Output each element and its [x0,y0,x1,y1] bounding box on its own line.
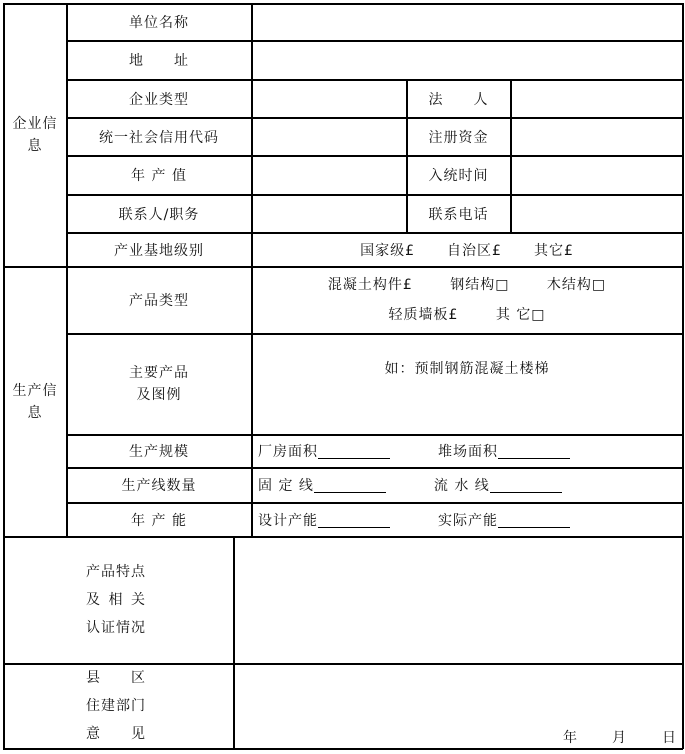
label-stats-date: 入统时间 [407,156,510,194]
label-main-products: 主要产品 及图例 [67,334,251,434]
label-line: 产 品 特 点 [86,558,146,586]
product-type-row-2: 轻质墙板£ 其 它□ [372,300,561,330]
base-level-options: 国家级£ 自治区£ 其它£ [252,233,682,266]
assembly-line-input[interactable] [490,477,562,493]
label-line: 认 证 情 况 [86,614,146,642]
option-other[interactable]: 其它£ [534,240,574,260]
section-label-text: 生产信 [13,380,58,402]
option-steel-structure[interactable]: 钢结构□ [450,277,509,293]
contact-field[interactable] [252,195,406,232]
label-production-scale: 生产规模 [67,435,251,467]
label-base-level: 产业基地级别 [67,233,251,266]
label-annual-output: 年 产 值 [67,156,251,194]
char: 点 [131,558,146,586]
main-products-field[interactable]: 如：预制钢筋混凝土楼梯 [252,334,682,434]
section-label-text: 息 [28,402,43,424]
date-month: 月 [612,727,626,747]
fixed-line-input[interactable] [314,477,386,493]
option-other-product[interactable]: 其 它□ [496,307,546,323]
section-label-text: 息 [28,135,43,157]
char: 况 [131,614,146,642]
label-text: 及图例 [137,384,182,406]
section-label-text: 企业信 [13,113,58,135]
label-legal-person: 法 人 [407,80,510,117]
annual-output-field[interactable] [252,156,406,194]
char: 门 [131,692,146,720]
label-line: 意 见 [86,720,146,748]
char: 县 [86,664,101,692]
label-county-opinion: 县 区 住 建 部 门 意 见 [86,664,146,748]
design-capacity-input[interactable] [318,512,390,528]
option-national[interactable]: 国家级£ [360,240,415,260]
char: 相 [109,586,124,614]
label-enterprise-type: 企业类型 [67,80,251,117]
enterprise-info-form: 企业信 息 单位名称 地 址 企业类型 法 人 统一社会信用代码 注册资金 年 … [0,0,685,754]
line-count-fields: 固 定 线 流 水 线 [258,468,682,502]
label-registered-capital: 注册资金 [407,118,510,155]
label-annual-capacity: 年 产 能 [67,503,251,536]
border-right [682,3,684,749]
label-phone: 联系电话 [407,195,510,232]
char: 特 [116,558,131,586]
label-product-type: 产品类型 [67,267,251,333]
label-line-count: 生产线数量 [67,468,251,502]
unit-name-field[interactable] [252,4,682,40]
border-bottom [3,748,683,750]
legal-person-field[interactable] [511,80,682,117]
date-day: 日 [662,727,676,747]
char: 部 [116,692,131,720]
option-light-wall-panel[interactable]: 轻质墙板£ [388,307,458,323]
char: 见 [131,720,146,748]
char: 关 [131,586,146,614]
char: 情 [116,614,131,642]
char: 建 [101,692,116,720]
enterprise-type-field[interactable] [252,80,406,117]
actual-capacity-label: 实际产能 [438,510,498,530]
label-product-features: 产 品 特 点 及 相 关 认 证 情 况 [86,558,146,642]
char: 证 [101,614,116,642]
actual-capacity-input[interactable] [498,512,570,528]
main-products-example: 如：预制钢筋混凝土楼梯 [385,361,550,377]
factory-area-label: 厂房面积 [258,441,318,461]
product-features-field[interactable] [234,537,682,663]
option-autonomous-region[interactable]: 自治区£ [447,240,502,260]
char: 区 [131,664,146,692]
phone-field[interactable] [511,195,682,232]
label-line: 县 区 [86,664,146,692]
label-line: 住 建 部 门 [86,692,146,720]
production-section-label: 生产信 息 [4,267,66,536]
address-field[interactable] [252,41,682,79]
assembly-line-label: 流 水 线 [434,475,490,495]
char: 及 [86,586,101,614]
label-line: 及 相 关 [86,586,146,614]
factory-area-input[interactable] [318,443,390,459]
enterprise-section-label: 企业信 息 [4,4,66,266]
label-unit-name: 单位名称 [67,4,251,40]
label-text: 主要产品 [129,362,189,384]
credit-code-field[interactable] [252,118,406,155]
char: 产 [86,558,101,586]
label-credit-code: 统一社会信用代码 [67,118,251,155]
design-capacity-label: 设计产能 [258,510,318,530]
product-type-options: 混凝土构件£ 钢结构□ 木结构□ 轻质墙板£ 其 它□ [252,267,682,333]
product-type-row-1: 混凝土构件£ 钢结构□ 木结构□ [312,270,622,300]
stats-date-field[interactable] [511,156,682,194]
yard-area-label: 堆场面积 [438,441,498,461]
fixed-line-label: 固 定 线 [258,475,314,495]
char: 认 [86,614,101,642]
capacity-fields: 设计产能 实际产能 [258,503,682,536]
label-contact: 联系人/职务 [67,195,251,232]
yard-area-input[interactable] [498,443,570,459]
option-wood-structure[interactable]: 木结构□ [547,277,606,293]
char: 品 [101,558,116,586]
production-scale-fields: 厂房面积 堆场面积 [258,435,682,467]
char: 意 [86,720,101,748]
char: 住 [86,692,101,720]
label-address: 地 址 [67,41,251,79]
option-concrete-component[interactable]: 混凝土构件£ [328,277,413,293]
registered-capital-field[interactable] [511,118,682,155]
date-year: 年 [563,727,577,747]
